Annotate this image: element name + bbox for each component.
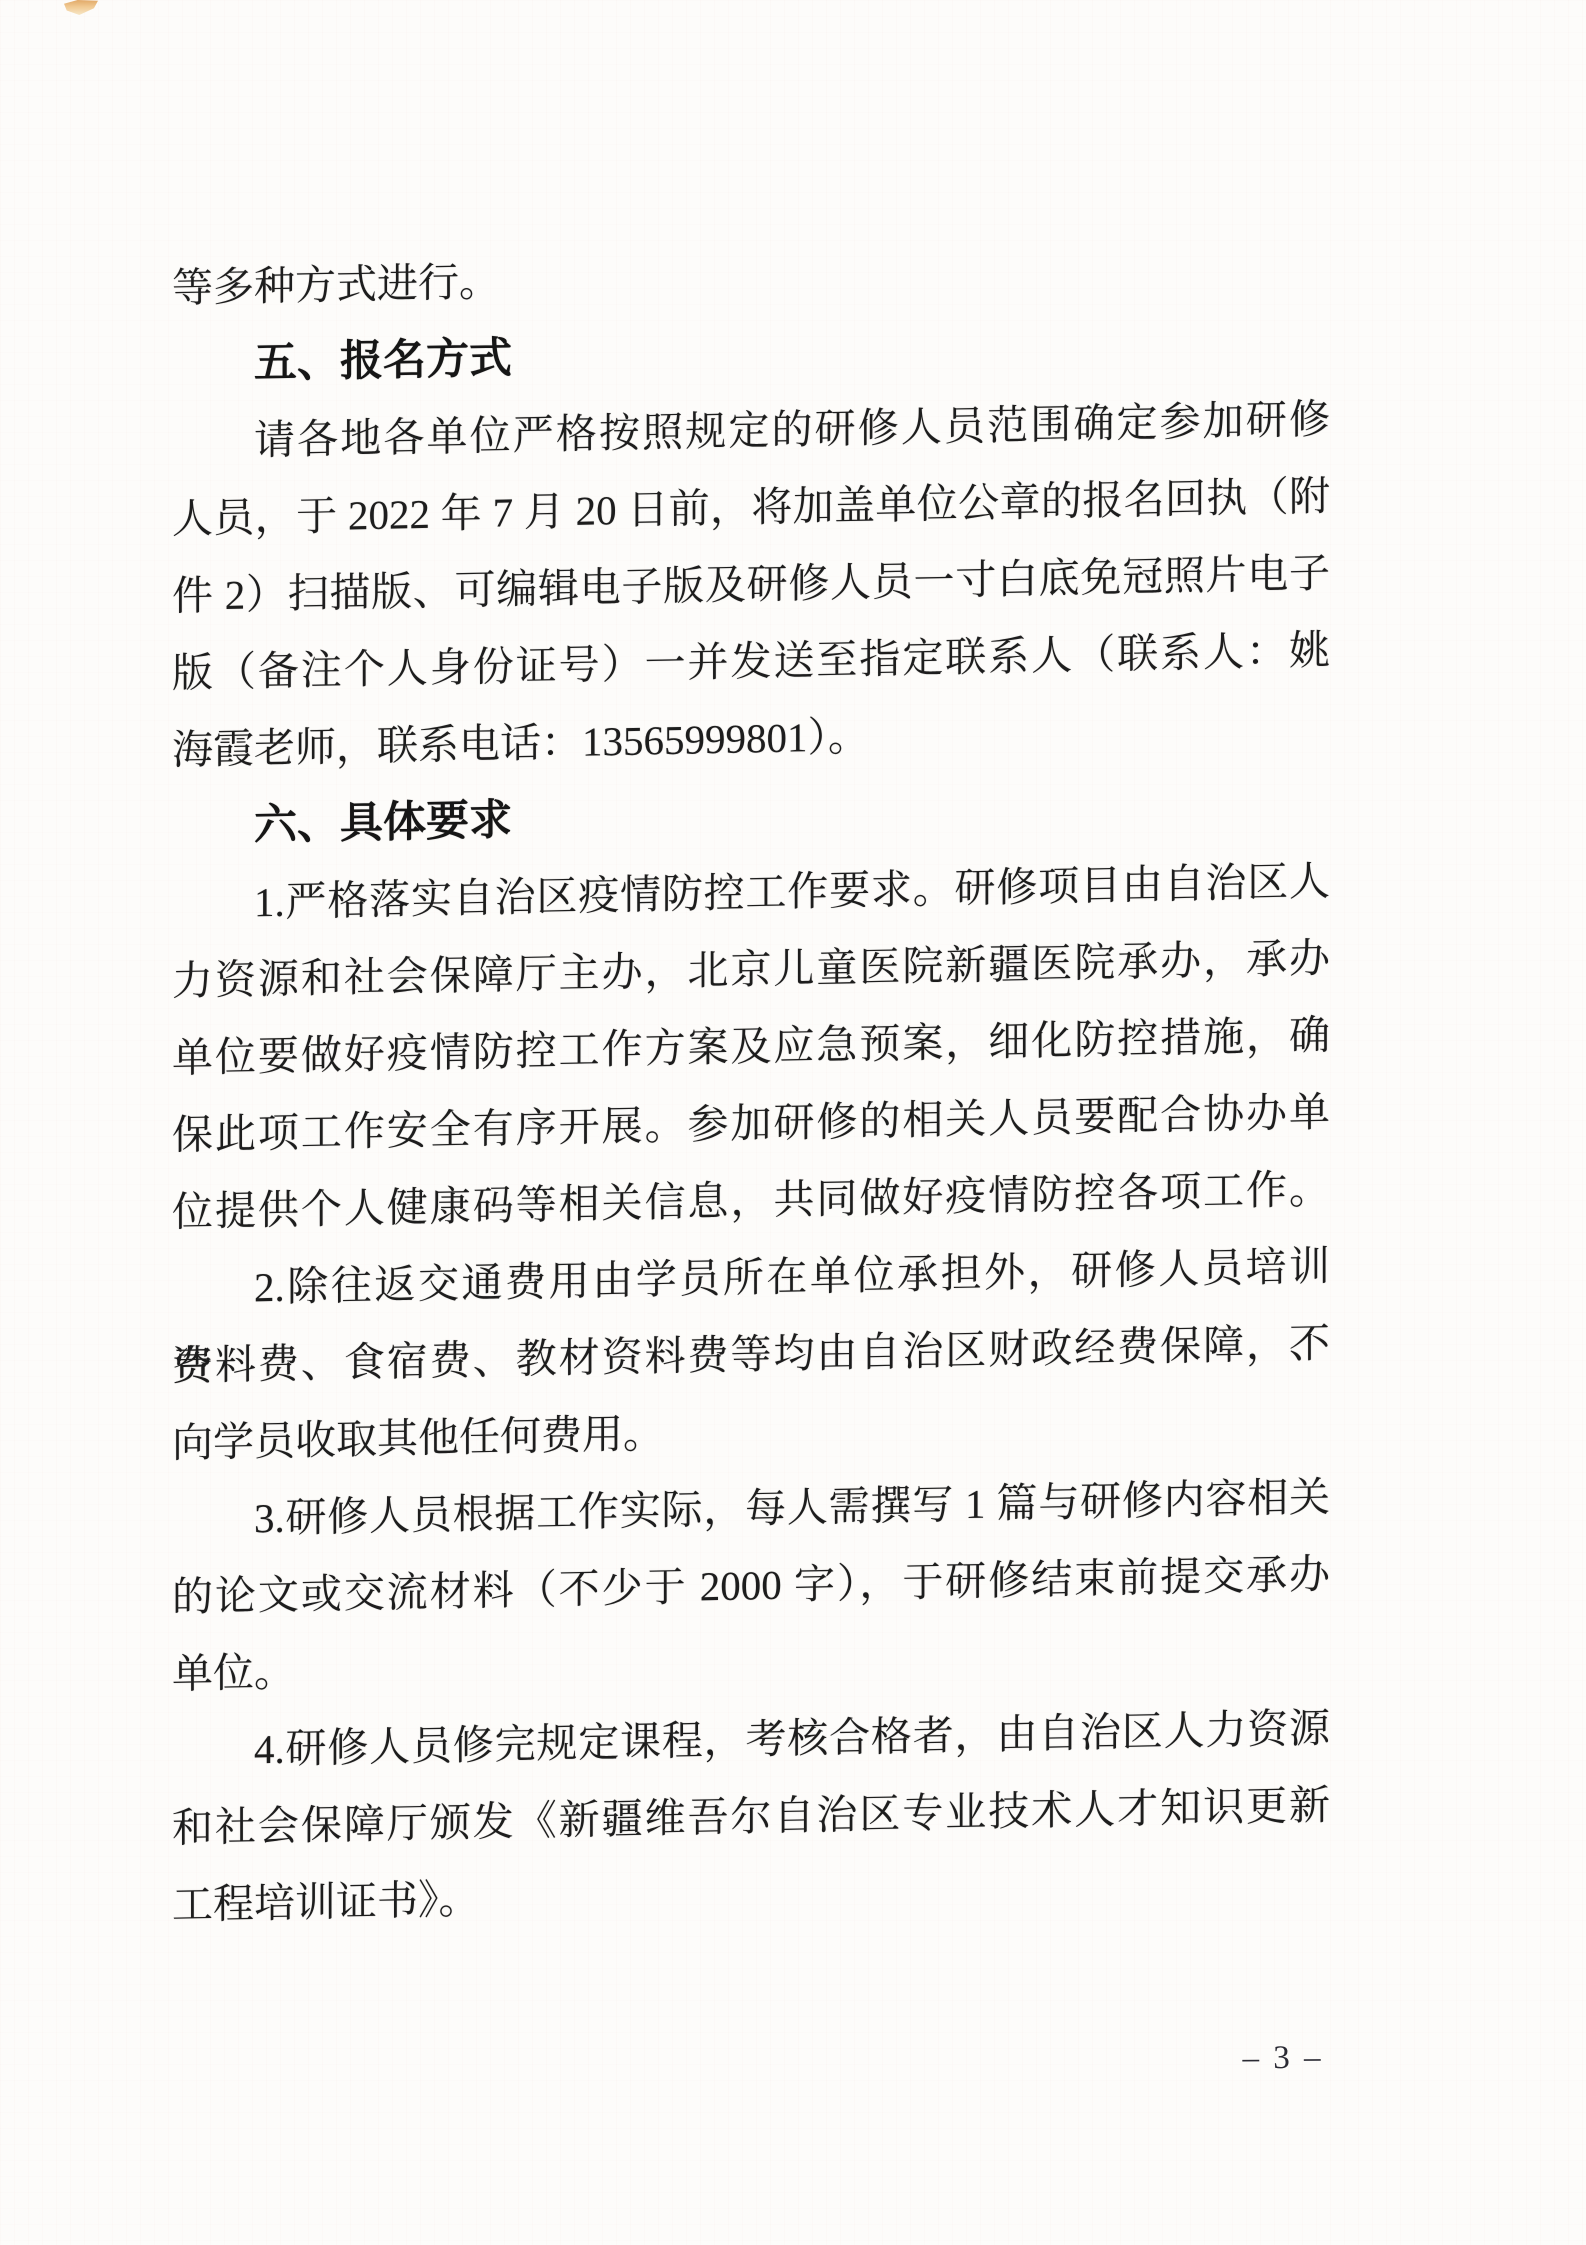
scanned-document-page: { "page": { "number_label": "– 3 –", "pa… [0, 0, 1586, 2245]
page-number: – 3 – [1228, 2039, 1338, 2077]
document-lines: 等多种方式进行。五、报名方式请各地各单位严格按照规定的研修人员范围确定参加研修人… [172, 227, 1330, 1944]
orange-pen-smudge-mark [64, 0, 98, 15]
